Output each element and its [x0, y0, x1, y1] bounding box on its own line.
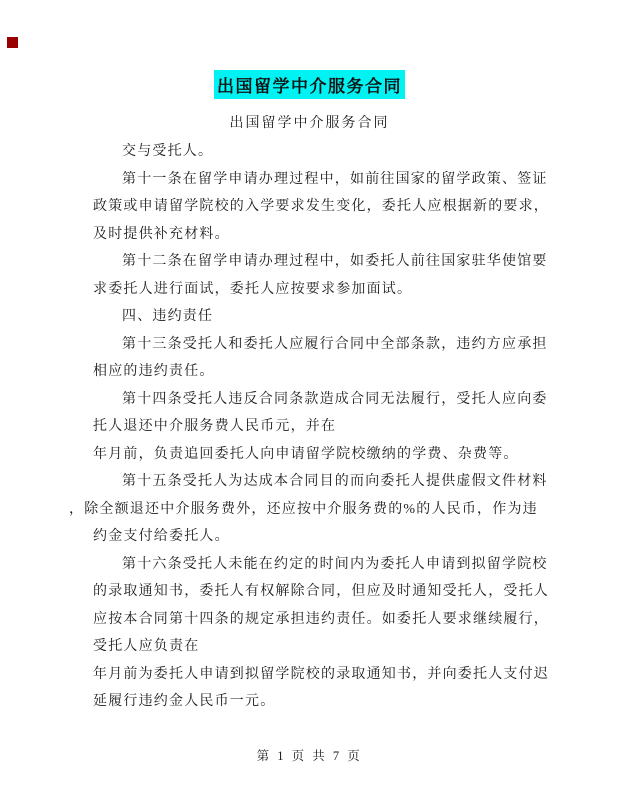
- body-line: 延履行违约金人民币一元。: [93, 688, 535, 716]
- body-line: 求委托人进行面试，委托人应按要求参加面试。: [93, 276, 535, 304]
- body-line: 第十四条受托人违反合同条款造成合同无法履行，受托人应向委: [93, 386, 535, 414]
- document-body: 交与受托人。 第十一条在留学申请办理过程中，如前往国家的留学政策、签证 政策或申…: [93, 138, 535, 716]
- body-line: 交与受托人。: [93, 138, 535, 166]
- body-line: 托人退还中介服务费人民币元，并在: [93, 413, 535, 441]
- body-line: 应按本合同第十四条的规定承担违约责任。如委托人要求继续履行，: [93, 606, 535, 634]
- body-line: 第十六条受托人未能在约定的时间内为委托人申请到拟留学院校: [93, 551, 535, 579]
- body-line: 受托人应负责在: [93, 633, 535, 661]
- red-marker-square: [7, 37, 18, 48]
- body-line: 约金支付给委托人。: [93, 523, 535, 551]
- body-line: 四、违约责任: [93, 303, 535, 331]
- document-title-row: 出国留学中介服务合同: [0, 70, 619, 99]
- body-line: 年月前，负责追回委托人向申请留学院校缴纳的学费、杂费等。: [93, 441, 535, 469]
- body-line: 第十二条在留学申请办理过程中，如委托人前往国家驻华使馆要: [93, 248, 535, 276]
- body-line: 政策或申请留学院校的入学要求发生变化，委托人应根据新的要求，: [93, 193, 535, 221]
- body-line: ，除全额退还中介服务费外，还应按中介服务费的%的人民币，作为违: [69, 496, 535, 524]
- body-line: 的录取通知书，委托人有权解除合同，但应及时通知受托人，受托人: [93, 578, 535, 606]
- body-line: 第十一条在留学申请办理过程中，如前往国家的留学政策、签证: [93, 166, 535, 194]
- body-line: 及时提供补充材料。: [93, 221, 535, 249]
- document-title-highlighted: 出国留学中介服务合同: [214, 70, 405, 99]
- document-subtitle: 出国留学中介服务合同: [0, 112, 619, 132]
- body-line: 第十三条受托人和委托人应履行合同中全部条款，违约方应承担: [93, 331, 535, 359]
- body-line: 相应的违约责任。: [93, 358, 535, 386]
- document-page: 出国留学中介服务合同 出国留学中介服务合同 交与受托人。 第十一条在留学申请办理…: [0, 0, 619, 800]
- page-footer: 第 1 页 共 7 页: [0, 746, 619, 764]
- body-line: 第十五条受托人为达成本合同目的而向委托人提供虚假文件材料: [93, 468, 535, 496]
- body-line: 年月前为委托人申请到拟留学院校的录取通知书，并向委托人支付迟: [93, 661, 535, 689]
